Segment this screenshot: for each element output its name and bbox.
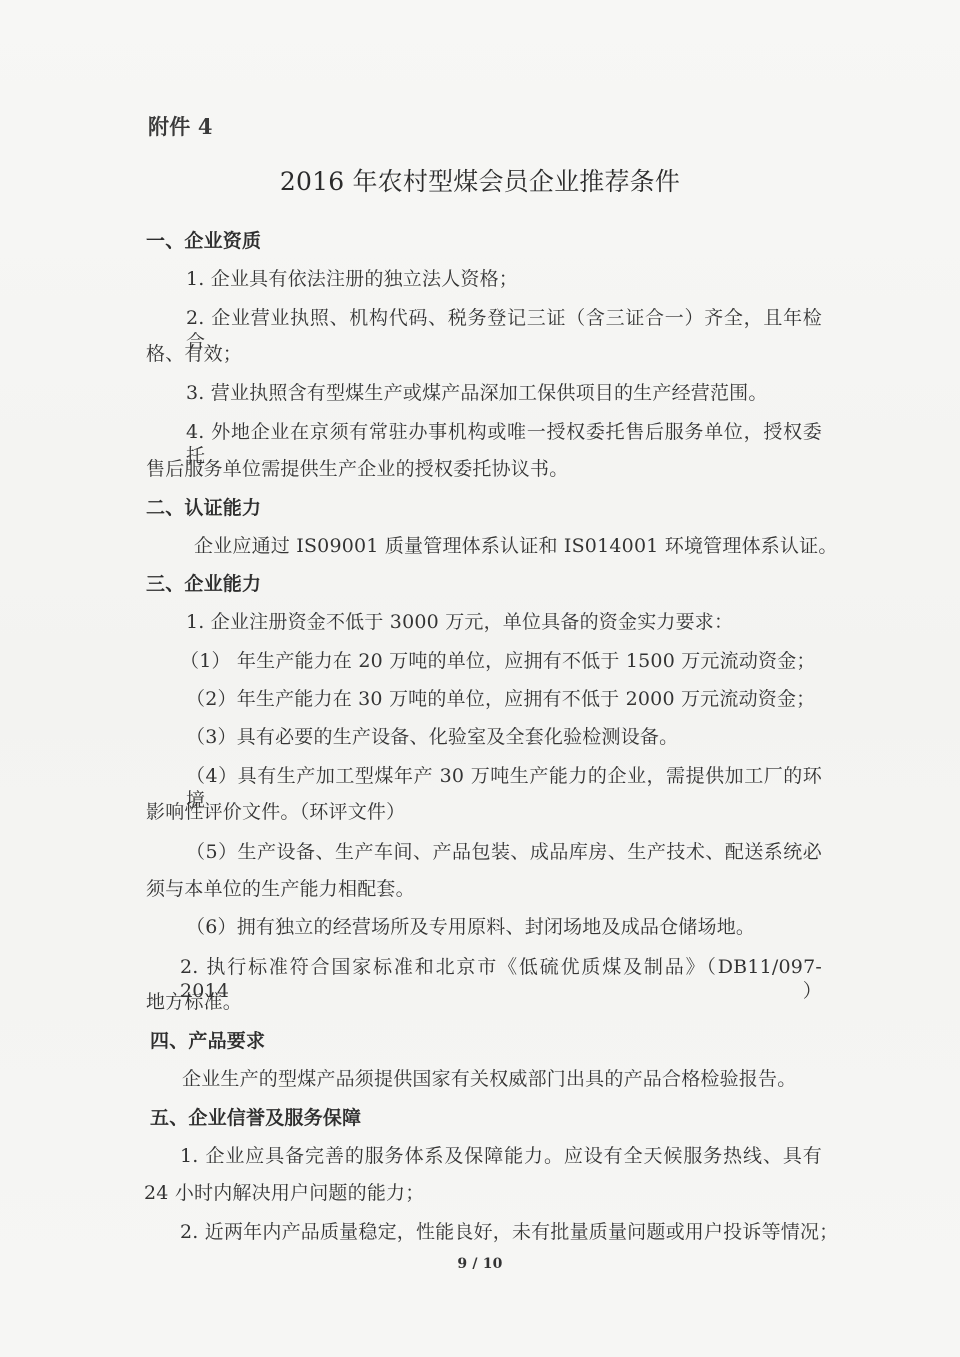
paragraph-line: （6）拥有独立的经营场所及专用原料、封闭场地及成品仓储场地。 bbox=[186, 915, 755, 939]
paragraph-line: （2）年生产能力在 30 万吨的单位，应拥有不低于 2000 万元流动资金； bbox=[186, 687, 815, 711]
paragraph-line: 企业生产的型煤产品须提供国家有关权威部门出具的产品合格检验报告。 bbox=[182, 1067, 796, 1091]
attachment-label: 附件 4 bbox=[148, 115, 213, 139]
paragraph-line: （5）生产设备、生产车间、产品包装、成品库房、生产技术、配送系统必 bbox=[186, 840, 822, 864]
paragraph-line: 1. 企业应具备完善的服务体系及保障能力。应设有全天候服务热线、具有 bbox=[180, 1144, 822, 1168]
section-heading-product: 四、产品要求 bbox=[150, 1029, 265, 1053]
paragraph-line: 1. 企业注册资金不低于 3000 万元，单位具备的资金实力要求： bbox=[186, 610, 733, 634]
section-heading-qualification: 一、企业资质 bbox=[146, 229, 261, 253]
paragraph-line: 2. 企业营业执照、机构代码、税务登记三证（含三证合一）齐全，且年检合 bbox=[186, 306, 822, 354]
paragraph-line: （3）具有必要的生产设备、化验室及全套化验检测设备。 bbox=[186, 725, 678, 749]
paragraph-line: 3. 营业执照含有型煤生产或煤产品深加工保供项目的生产经营范围。 bbox=[186, 381, 768, 405]
paragraph-line: 企业应通过 IS09001 质量管理体系认证和 IS014001 环境管理体系认… bbox=[194, 534, 838, 558]
paragraph-line: 1. 企业具有依法注册的独立法人资格； bbox=[186, 267, 518, 291]
document-title: 2016 年农村型煤会员企业推荐条件 bbox=[0, 167, 960, 197]
section-heading-capability: 三、企业能力 bbox=[146, 572, 261, 596]
document-page: 附件 4 2016 年农村型煤会员企业推荐条件 一、企业资质 1. 企业具有依法… bbox=[0, 0, 960, 1357]
paragraph-line: 须与本单位的生产能力相配套。 bbox=[146, 877, 415, 901]
paragraph-line: 地方标准。 bbox=[146, 990, 242, 1014]
paragraph-line: （1） 年生产能力在 20 万吨的单位，应拥有不低于 1500 万元流动资金； bbox=[180, 649, 816, 673]
section-heading-service: 五、企业信誉及服务保障 bbox=[150, 1106, 361, 1130]
section-heading-certification: 二、认证能力 bbox=[146, 496, 261, 520]
paragraph-line: 2. 执行标准符合国家标准和北京市《低硫优质煤及制品》（DB11/097-201… bbox=[180, 955, 822, 1003]
paragraph-line: 售后服务单位需提供生产企业的授权委托协议书。 bbox=[146, 457, 568, 481]
paragraph-line: 格、有效； bbox=[146, 342, 242, 366]
paragraph-line: 2. 近两年内产品质量稳定，性能良好，未有批量质量问题或用户投诉等情况； bbox=[180, 1220, 838, 1244]
page-number: 9 / 10 bbox=[0, 1252, 960, 1276]
paragraph-line: 24 小时内解决用户问题的能力； bbox=[144, 1181, 424, 1205]
paragraph-line: 影响性评价文件。（环评文件） bbox=[146, 800, 405, 824]
